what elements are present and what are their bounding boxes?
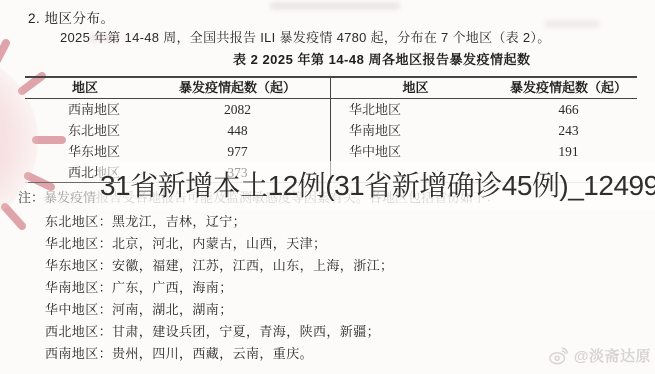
table-caption: 表 2 2025 年第 14-48 周各地区报告暴发疫情起数 [233, 49, 530, 68]
table-header-cell: 暴发疫情起数（起） [500, 78, 637, 98]
region-cell: 华北地区 [330, 99, 500, 120]
count-cell: 243 [500, 120, 637, 141]
region-cell: 华东地区 [25, 141, 145, 162]
region-cell: 东北地区 [25, 120, 145, 141]
section-heading: 2. 地区分布。 [28, 7, 115, 27]
table-bottom-border-segment [28, 182, 120, 183]
region-cell: 华中地区 [330, 141, 500, 162]
region-legend: 东北地区：黑龙江，吉林，辽宁； 华北地区：北京，河北，内蒙古，山西，天津； 华东… [45, 211, 393, 365]
region-legend-item: 西南地区：贵州，四川，西藏，云南，重庆。 [45, 343, 393, 365]
table-row: 东北地区 448 华南地区 243 [25, 120, 637, 141]
intro-paragraph: 2025 年第 14-48 周，全国共报告 ILI 暴发疫情 4780 起，分布… [60, 27, 551, 46]
watermark-handle: @淡斋达原 [574, 345, 651, 366]
scan-smudge [270, 2, 400, 10]
table-row: 西南地区 2082 华北地区 466 [25, 99, 637, 120]
region-cell: 西南地区 [25, 99, 145, 120]
table-header-cell: 暴发疫情起数（起） [145, 78, 330, 98]
region-legend-item: 西北地区：甘肃，建设兵团，宁夏，青海，陕西，新疆； [45, 321, 393, 343]
watermark: @淡斋达原 [548, 345, 651, 366]
region-legend-item: 华中地区：河南，湖北，湖南； [45, 299, 393, 321]
region-legend-item: 华东地区：安徽，福建，江苏，江西，山东，上海，浙江； [45, 255, 393, 277]
table-row: 华东地区 977 华中地区 191 [25, 141, 637, 162]
table-header-row: 地区 暴发疫情起数（起） 地区 暴发疫情起数（起） [25, 78, 637, 99]
count-cell: 448 [145, 120, 330, 141]
weibo-eye-icon [548, 346, 570, 366]
table-header-cell: 地区 [25, 78, 145, 98]
region-cell: 华南地区 [330, 120, 500, 141]
count-cell: 2082 [145, 99, 330, 120]
count-cell: 191 [500, 141, 637, 162]
headline-overlay: 31省新增本土12例(31省新增确诊45例)_12499 [97, 161, 655, 211]
count-cell: 466 [500, 99, 637, 120]
headline-text: 31省新增本土12例(31省新增确诊45例)_12499 [97, 161, 655, 211]
region-legend-item: 华南地区：广东，广西，海南； [45, 277, 393, 299]
table-header-cell: 地区 [330, 78, 500, 98]
region-legend-item: 华北地区：北京，河北，内蒙古，山西，天津； [45, 233, 393, 255]
count-cell: 977 [145, 141, 330, 162]
region-legend-item: 东北地区：黑龙江，吉林，辽宁； [45, 211, 393, 233]
note-label: 注： [18, 190, 44, 205]
scan-smudge [545, 20, 600, 28]
